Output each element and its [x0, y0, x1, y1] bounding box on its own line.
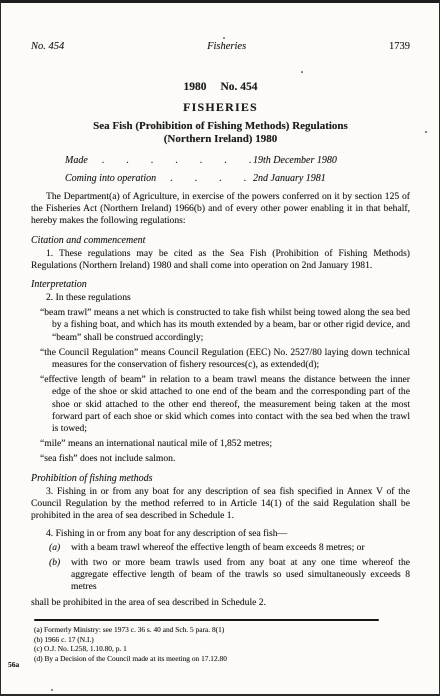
running-header: No. 454 Fisheries 1739: [31, 41, 410, 54]
commencement-date-row: Coming into operation ........ 2nd Janua…: [65, 173, 365, 186]
rule-year: 1980: [183, 81, 206, 93]
dot-leader: ........: [156, 173, 253, 184]
footnotes-block: (a) Formerly Ministry: see 1973 c. 36 s.…: [31, 625, 410, 663]
commencement-label: Coming into operation: [65, 173, 156, 184]
rule-number: No. 454: [220, 81, 257, 93]
made-date: 19th December 1980: [253, 155, 365, 166]
scan-speck: [51, 689, 53, 691]
footnote-b: (b) 1966 c. 17 (N.I.): [34, 635, 410, 644]
header-subject: Fisheries: [207, 41, 246, 52]
definition-council-regulation: “the Council Regulation” means Council R…: [31, 347, 410, 371]
regulation-3-paragraph: 3. Fishing in or from any boat for any d…: [31, 486, 410, 523]
commencement-date: 2nd January 1981: [253, 173, 365, 184]
interpretation-heading: Interpretation: [31, 279, 410, 291]
regulation-4-intro: 4. Fishing in or from any boat for any d…: [31, 528, 410, 540]
clause-letter: (a): [49, 542, 71, 554]
header-regulation-number: No. 454: [31, 41, 64, 52]
regulation-title-line2: (Northern Ireland) 1980: [164, 133, 277, 145]
clause-text: with two or more beam trawls used from a…: [71, 557, 410, 592]
citation-heading: Citation and commencement: [31, 235, 410, 247]
prohibition-heading: Prohibition of fishing methods: [31, 473, 410, 485]
header-page-number: 1739: [389, 41, 410, 52]
subject-category-heading: FISHERIES: [31, 100, 410, 115]
made-label: Made: [65, 155, 88, 166]
footnote-d: (d) By a Decision of the Council made at…: [34, 654, 410, 663]
regulation-1-paragraph: 1. These regulations may be cited as the…: [31, 248, 410, 272]
regulation-4-closing: shall be prohibited in the area of sea d…: [31, 597, 410, 609]
clause-letter: (b): [49, 557, 71, 569]
definition-beam-trawl: “beam trawl” means a net which is constr…: [31, 307, 410, 344]
definition-effective-length-of-beam: “effective length of beam” in relation t…: [31, 374, 410, 435]
dot-leader: ........: [88, 155, 253, 166]
printers-signature-mark: 56a: [8, 660, 19, 669]
footnote-c: (c) O.J. No. L258, 1.10.80, p. 1: [34, 644, 410, 653]
made-date-row: Made ........ 19th December 1980: [65, 155, 365, 168]
footnote-a: (a) Formerly Ministry: see 1973 c. 36 s.…: [34, 625, 410, 634]
regulation-title: Sea Fish (Prohibition of Fishing Methods…: [31, 120, 410, 146]
scan-speck: [425, 131, 427, 133]
scan-speck: [223, 37, 225, 39]
definition-sea-fish: “sea fish” does not include salmon.: [31, 453, 410, 465]
regulation-title-line1: Sea Fish (Prohibition of Fishing Methods…: [93, 120, 348, 132]
regulation-2-intro: 2. In these regulations: [31, 292, 410, 304]
preamble-paragraph: The Department(a) of Agriculture, in exe…: [31, 191, 410, 228]
definition-mile: “mile” means an international nautical m…: [31, 438, 410, 450]
regulation-4-clause-b: (b)with two or more beam trawls used fro…: [31, 557, 410, 594]
regulation-4-clause-a: (a)with a beam trawl whereof the effecti…: [31, 542, 410, 554]
footnote-separator-rule: [34, 619, 379, 621]
clause-text: with a beam trawl whereof the effective …: [71, 542, 365, 553]
scan-speck: [301, 71, 303, 73]
date-block: Made ........ 19th December 1980 Coming …: [31, 155, 410, 186]
statutory-rule-number: 1980No. 454: [31, 81, 410, 93]
document-page: No. 454 Fisheries 1739 1980No. 454 FISHE…: [0, 0, 440, 696]
